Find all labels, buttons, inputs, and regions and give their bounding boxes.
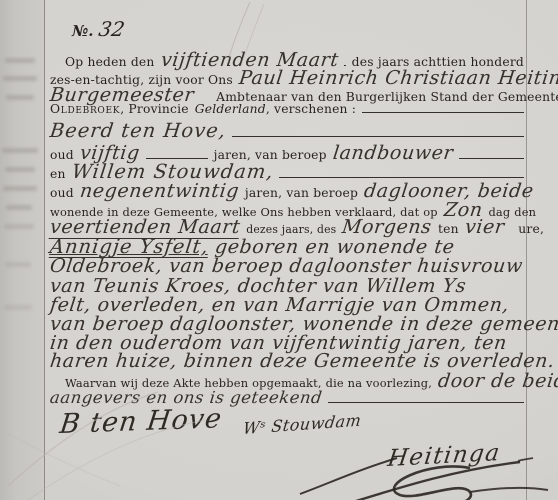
page-gutter (0, 0, 45, 500)
form-line-12: Oldebroek, van beroep dagloonster huisvr… (50, 256, 524, 277)
bleedthrough-mark (6, 95, 34, 100)
blank-rule (279, 177, 524, 178)
blank-rule (328, 402, 524, 403)
handwritten-daypart: Morgens (341, 217, 433, 238)
printed-text: , Provincie (120, 103, 188, 117)
form-line-19: aangevers en ons is geteekend (50, 389, 524, 407)
printed-text: dezes jaars, des (246, 224, 336, 236)
act-number-value: 32 (96, 17, 126, 41)
printed-text: ten (438, 223, 459, 237)
blank-rule (459, 158, 524, 159)
bleedthrough-mark (2, 148, 38, 153)
printed-text: jaren, van beroep (245, 187, 358, 201)
signature-stouwdam: Wˢ Stouwdam (242, 411, 362, 438)
act-number: №.32 (72, 17, 124, 41)
bleedthrough-mark (5, 58, 35, 63)
blank-rule (344, 64, 346, 66)
printed-text: oud (50, 187, 74, 201)
bleedthrough-mark (4, 224, 34, 229)
document-scan: №.32 Op heden den vijftienden Maart des … (0, 0, 558, 500)
bleedthrough-mark (4, 305, 32, 310)
blank-rule (232, 136, 524, 137)
form-line-17: haren huize, binnen deze Gemeente is ove… (50, 351, 524, 372)
printed-text: en (50, 168, 66, 182)
handwritten-text: Oldebroek, van beroep dagloonster huisvr… (49, 256, 524, 277)
bleedthrough-mark (5, 262, 31, 267)
bleedthrough-mark (6, 205, 32, 210)
handwritten-age: negenentwintig (79, 181, 241, 202)
signature-heitinga: Heitinga (386, 440, 502, 472)
bleedthrough-mark (5, 167, 35, 172)
printed-municipality: Oldebroek (50, 103, 120, 117)
printed-text: ure, (518, 223, 544, 237)
printed-province: Gelderland (195, 103, 266, 117)
form-line-5: Beerd ten Hove, (50, 120, 524, 141)
bleedthrough-mark (3, 76, 37, 81)
act-number-label: №. (72, 22, 94, 40)
blank-rule (362, 112, 524, 113)
handwritten-declarant-1: Beerd ten Hove, (49, 120, 228, 141)
handwritten-hour: vier (463, 217, 505, 238)
printed-text: , verschenen : (266, 103, 356, 117)
signature-ten-hove: B ten Hove (58, 403, 224, 440)
form-line-4: Oldebroek, Provincie Gelderland, versche… (50, 103, 524, 117)
bleedthrough-mark (3, 186, 37, 191)
blank-rule (146, 157, 208, 159)
handwritten-text: haren huize, binnen deze Gemeente is ove… (49, 351, 556, 372)
